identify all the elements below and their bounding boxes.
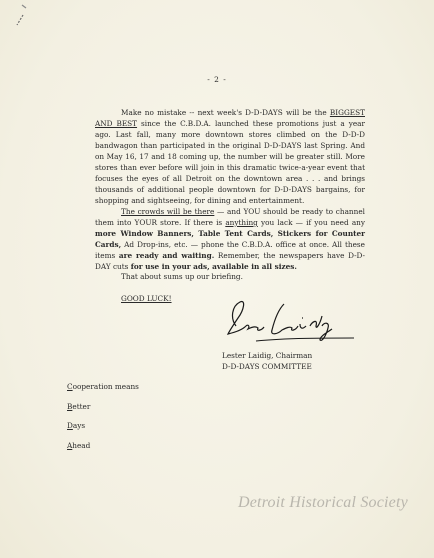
acrostic-rest: ays <box>73 421 85 430</box>
watermark: Detroit Historical Society <box>238 494 408 512</box>
ink-mark-icon <box>8 3 28 29</box>
p2-run-bold: for use in your ads, available in all si… <box>131 262 297 271</box>
signer-committee: D-D-DAYS COMMITTEE <box>222 361 312 372</box>
acrostic-line: Ahead <box>67 441 90 450</box>
acrostic-rest: etter <box>72 402 90 411</box>
page-number: - 2 - <box>0 75 434 84</box>
paragraph-2: The crowds will be there — and YOU shoul… <box>95 206 365 272</box>
p1-run: Make no mistake -- next week's D-D-DAYS … <box>121 108 330 117</box>
p2-run-underlined: The crowds will be there <box>121 207 214 216</box>
closing-line: That about sums up our briefing. <box>121 271 243 282</box>
paragraph-1: Make no mistake -- next week's D-D-DAYS … <box>95 107 365 206</box>
acrostic-line: Days <box>67 421 85 430</box>
signer-name: Lester Laidig, Chairman <box>222 350 312 361</box>
acrostic-rest: head <box>72 441 90 450</box>
document-page: - 2 - Make no mistake -- next week's D-D… <box>0 0 434 558</box>
signature-icon: Les Laidig <box>226 296 356 346</box>
good-luck: GOOD LUCK! <box>121 293 172 304</box>
p2-run: you lack — if you need any <box>258 218 365 227</box>
p2-run-underlined: anything <box>225 218 258 227</box>
p2-run-bold: are ready and waiting. <box>119 251 214 260</box>
p1-run: since the C.B.D.A. launched these promot… <box>95 119 365 205</box>
acrostic-rest: ooperation means <box>73 382 139 391</box>
acrostic-line: Cooperation means <box>67 382 139 391</box>
acrostic-line: Better <box>67 402 90 411</box>
